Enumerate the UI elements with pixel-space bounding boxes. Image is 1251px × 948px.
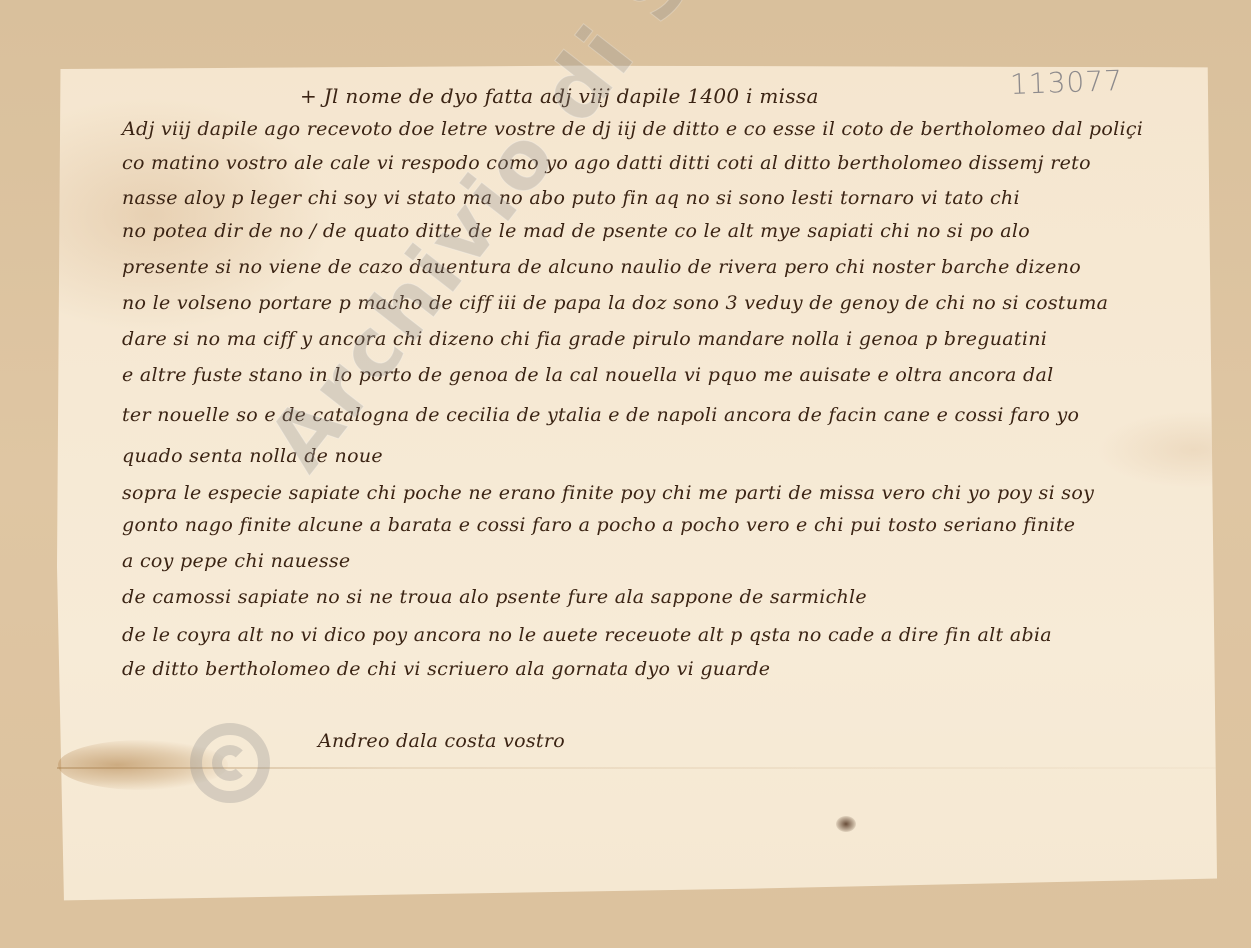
letter-heading: + Jl nome de dyo fatta adj viij dapile 1… xyxy=(300,84,819,108)
letter-line: nasse aloy p leger chi soy vi stato ma n… xyxy=(122,187,1020,209)
signature: Andreo dala costa vostro xyxy=(318,730,565,752)
letter-line: de camossi sapiate no si ne troua alo ps… xyxy=(122,586,867,608)
letter-line: a coy pepe chi nauesse xyxy=(122,550,350,572)
letter-line: Adj viij dapile ago recevoto doe letre v… xyxy=(122,118,1143,140)
letter-line: ter nouelle so e de catalogna de cecilia… xyxy=(122,404,1079,426)
letter-line: quado senta nolla de noue xyxy=(122,445,383,467)
letter-line: co matino vostro ale cale vi respodo com… xyxy=(122,152,1091,174)
water-stain xyxy=(58,740,228,790)
letter-line: no potea dir de no / de quato ditte de l… xyxy=(122,220,1030,242)
letter-line: dare si no ma ciff y ancora chi dizeno c… xyxy=(122,328,1047,350)
letter-line: no le volseno portare p macho de ciff ii… xyxy=(122,292,1108,314)
letter-line: gonto nago finite alcune a barata e coss… xyxy=(122,514,1075,536)
letter-line: de le coyra alt no vi dico poy ancora no… xyxy=(122,624,1052,646)
letter-line: de ditto bertholomeo de chi vi scriuero … xyxy=(122,658,770,680)
catalog-number: 113077 xyxy=(1009,64,1123,101)
letter-line: e altre fuste stano in lo porto de genoa… xyxy=(122,364,1053,386)
letter-line: sopra le especie sapiate chi poche ne er… xyxy=(122,482,1094,504)
paper-fold-line xyxy=(57,767,1217,769)
ink-blot xyxy=(836,816,856,832)
letter-line: presente si no viene de cazo dauentura d… xyxy=(122,256,1081,278)
